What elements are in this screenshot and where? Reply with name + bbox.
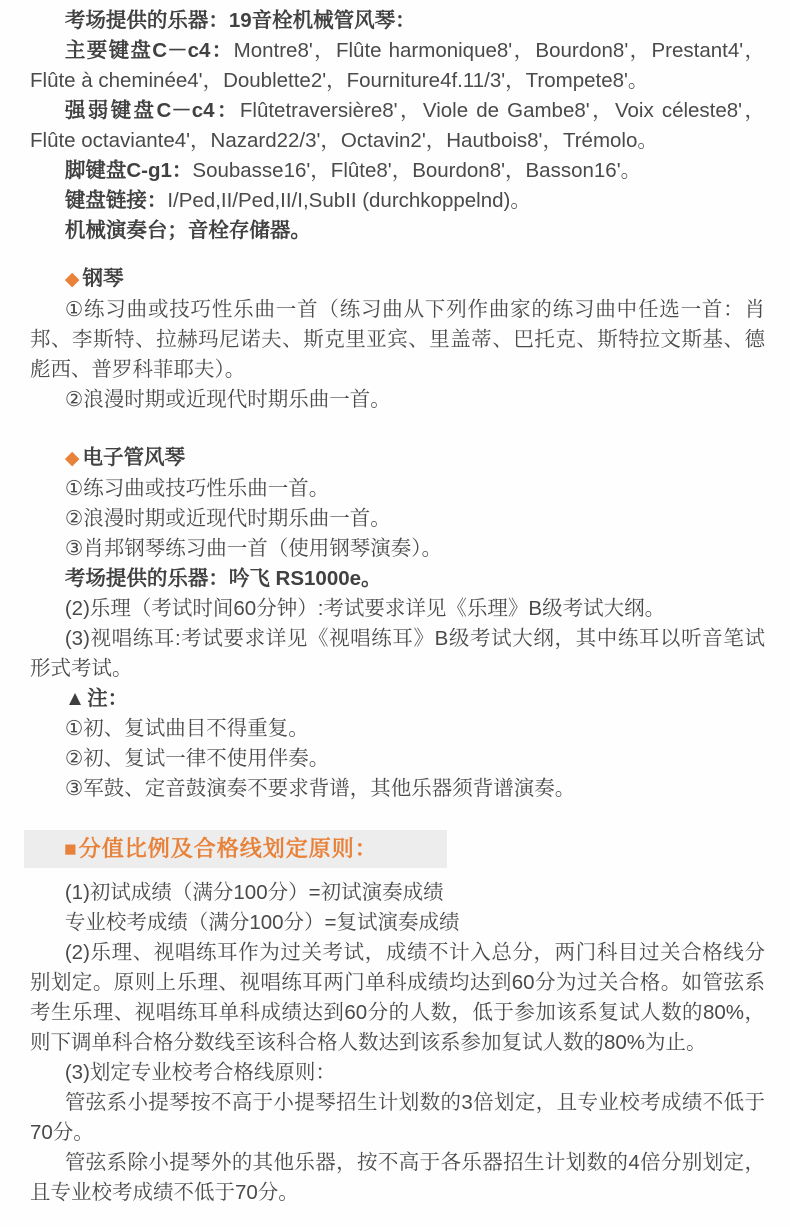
eorgan-heading-label: 电子管风琴 [82, 446, 185, 469]
organ-couplers-list: I/Ped,II/Ped,II/I,SubII (durchkoppelnd)。 [167, 189, 531, 212]
note-item-3: ③军鼓、定音鼓演奏不要求背谱，其他乐器须背谱演奏。 [30, 774, 765, 804]
organ-manual1-label: 主要键盘C－c4： [65, 39, 234, 62]
diamond-bullet-icon: ◆ [65, 448, 80, 469]
organ-couplers-label: 键盘链接： [65, 189, 168, 212]
piano-item-2: ②浪漫时期或近现代时期乐曲一首。 [30, 385, 765, 415]
triangle-note-icon: ▲ [65, 687, 85, 710]
scoring-line-1: (1)初试成绩（满分100分）=初试演奏成绩 [30, 878, 765, 908]
notes-heading-label: 注： [87, 687, 128, 710]
scoring-para-3b: 管弦系除小提琴外的其他乐器，按不高于各乐器招生计划数的4倍分别划定，且专业校考成… [30, 1148, 765, 1208]
scoring-para-3-heading: (3)划定专业校考合格线原则： [30, 1058, 765, 1088]
piano-section-heading: ◆钢琴 [30, 264, 765, 295]
square-section-icon: ■ [64, 838, 77, 861]
note-item-2: ②初、复试一律不使用伴奏。 [30, 744, 765, 774]
piano-heading-label: 钢琴 [82, 267, 123, 290]
subject-theory-line: (2)乐理（考试时间60分钟）:考试要求详见《乐理》B级考试大纲。 [30, 594, 765, 624]
scoring-line-2: 专业校考成绩（满分100分）=复试演奏成绩 [30, 908, 765, 938]
note-item-1: ①初、复试曲目不得重复。 [30, 714, 765, 744]
organ-couplers-line: 键盘链接：I/Ped,II/Ped,II/I,SubII (durchkoppe… [30, 186, 765, 216]
organ-console-line: 机械演奏台；音栓存储器。 [30, 216, 765, 246]
organ-pedal-label: 脚键盘C-g1： [65, 159, 193, 182]
scoring-section-title: 分值比例及合格线划定原则： [79, 836, 378, 861]
diamond-bullet-icon: ◆ [65, 269, 80, 290]
organ-manual1-line: 主要键盘C－c4：Montre8'，Flûte harmonique8'，Bou… [30, 36, 765, 96]
piano-item-1: ①练习曲或技巧性乐曲一首（练习曲从下列作曲家的练习曲中任选一首：肖邦、李斯特、拉… [30, 295, 765, 385]
organ-spec-title: 考场提供的乐器：19音栓机械管风琴： [30, 6, 765, 36]
scoring-para-2: (2)乐理、视唱练耳作为过关考试，成绩不计入总分，两门科目过关合格线分别划定。原… [30, 938, 765, 1058]
venue-instrument-line: 考场提供的乐器：吟飞 RS1000e。 [30, 564, 765, 594]
eorgan-item-2: ②浪漫时期或近现代时期乐曲一首。 [30, 504, 765, 534]
eorgan-item-1: ①练习曲或技巧性乐曲一首。 [30, 474, 765, 504]
organ-manual2-line: 强弱键盘C－c4：Flûtetraversière8'，Viole de Gam… [30, 96, 765, 156]
organ-manual2-label: 强弱键盘C－c4： [65, 99, 240, 122]
notes-heading: ▲注： [30, 684, 765, 714]
eorgan-section-heading: ◆电子管风琴 [30, 443, 765, 474]
scoring-section-bar: ■分值比例及合格线划定原则： [24, 830, 447, 868]
organ-pedal-stops: Soubasse16'，Flûte8'，Bourdon8'，Basson16'。 [192, 159, 641, 182]
eorgan-item-3: ③肖邦钢琴练习曲一首（使用钢琴演奏）。 [30, 534, 765, 564]
organ-pedal-line: 脚键盘C-g1：Soubasse16'，Flûte8'，Bourdon8'，Ba… [30, 156, 765, 186]
subject-solfeggio-line: (3)视唱练耳:考试要求详见《视唱练耳》B级考试大纲，其中练耳以听音笔试形式考试… [30, 624, 765, 684]
document-page: 考场提供的乐器：19音栓机械管风琴： 主要键盘C－c4：Montre8'，Flû… [0, 0, 790, 1227]
scoring-para-3a: 管弦系小提琴按不高于小提琴招生计划数的3倍划定，且专业校考成绩不低于70分。 [30, 1088, 765, 1148]
